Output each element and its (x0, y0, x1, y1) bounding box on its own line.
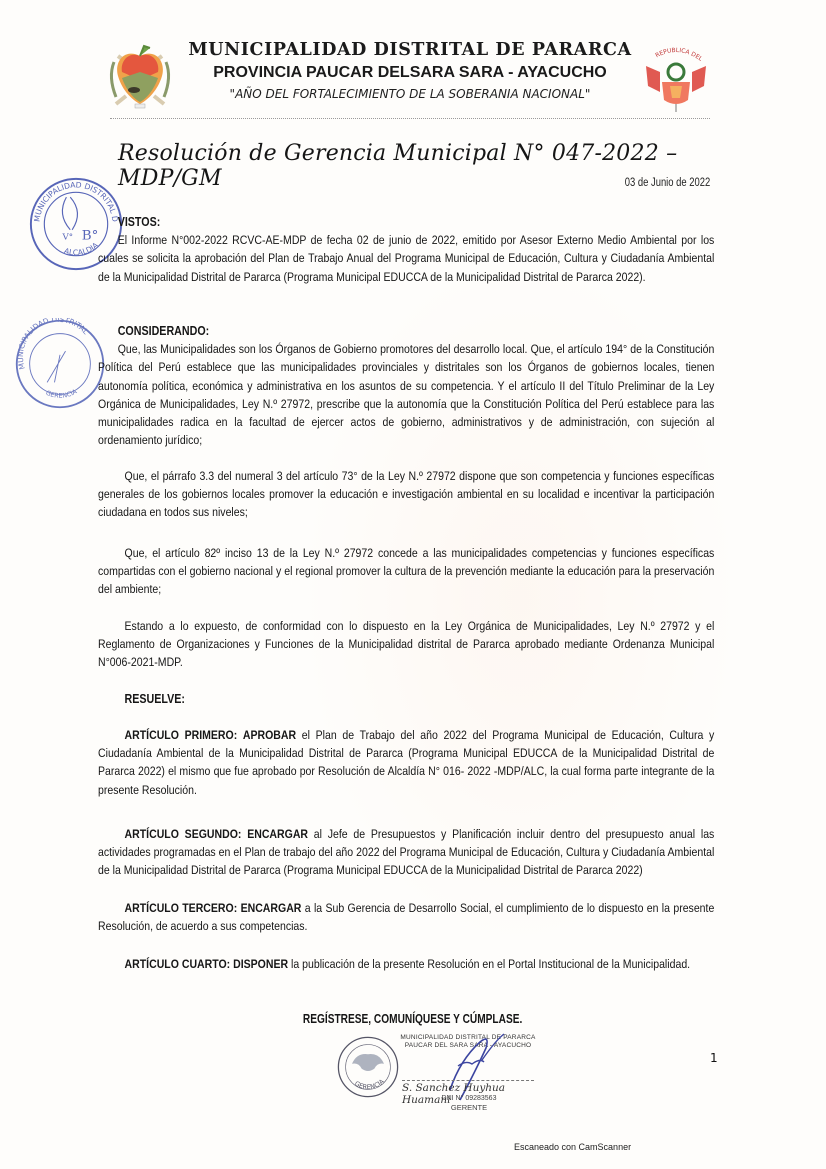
article-4: ARTÍCULO CUARTO: DISPONER la publicación… (98, 955, 714, 973)
article-3: ARTÍCULO TERCERO: ENCARGAR a la Sub Gere… (98, 899, 714, 935)
resolution-date: 03 de Junio de 2022 (625, 177, 710, 189)
article-4-text: la publicación de la presente Resolución… (288, 957, 690, 971)
vistos-text: El Informe N°002-2022 RCVC-AE-MDP de fec… (98, 231, 714, 286)
article-2-verb: ENCARGAR (247, 827, 308, 841)
municipal-shield-icon (104, 42, 176, 112)
gerencia-stamp-considerando: MUNICIPALIDAD DISTRITAL GERENCIA (14, 318, 106, 415)
article-4-label: ARTÍCULO CUARTO: (125, 957, 231, 971)
signatory-dni: DNI N° 09283563 (408, 1095, 530, 1102)
scanner-watermark: Escaneado con CamScanner (514, 1142, 631, 1152)
considerando-paragraph-2: Que, el párrafo 3.3 del numeral 3 del ar… (98, 467, 714, 522)
svg-text:GERENCIA: GERENCIA (45, 387, 79, 400)
article-3-label: ARTÍCULO TERCERO: (125, 901, 238, 915)
header-divider (110, 118, 710, 119)
considerando-paragraph-4-block: Estando a lo expuesto, de conformidad co… (98, 617, 714, 672)
signatory-role: GERENTE (408, 1103, 530, 1112)
svg-text:V°: V° (62, 232, 74, 242)
article-2-label: ARTÍCULO SEGUNDO: (125, 827, 242, 841)
province-line: PROVINCIA PAUCAR DELSARA SARA - AYACUCHO (180, 64, 640, 82)
svg-text:GERENCIA: GERENCIA (353, 1077, 386, 1091)
considerando-heading: CONSIDERANDO: (118, 322, 715, 340)
gerencia-seal-stamp: GERENCIA (336, 1035, 400, 1104)
svg-text:REPUBLICA DEL PERU: REPUBLICA DEL PERU (640, 42, 705, 64)
considerando-section: CONSIDERANDO: Que, las Municipalidades s… (98, 322, 714, 449)
article-2: ARTÍCULO SEGUNDO: ENCARGAR al Jefe de Pr… (98, 825, 714, 880)
considerando-paragraph-1: Que, las Municipalidades son los Órganos… (98, 340, 714, 449)
gerencia-seal-text: GERENCIA (353, 1077, 386, 1091)
article-1: ARTÍCULO PRIMERO: APROBAR el Plan de Tra… (98, 726, 714, 799)
vistos-section: VISTOS: El Informe N°002-2022 RCVC-AE-MD… (98, 213, 714, 286)
considerando-paragraph-4: Estando a lo expuesto, de conformidad co… (98, 617, 714, 672)
vb-text: B° (82, 228, 99, 243)
vistos-heading: VISTOS: (118, 213, 715, 231)
svg-text:MUNICIPALIDAD DISTRITAL: MUNICIPALIDAD DISTRITAL (16, 318, 91, 370)
article-1-label: ARTÍCULO PRIMERO: (125, 728, 238, 742)
peru-coat-of-arms-icon: REPUBLICA DEL PERU (640, 42, 712, 114)
article-4-verb: DISPONER (233, 957, 288, 971)
closing-formula: REGÍSTRESE, COMUNÍQUESE Y CÚMPLASE. (303, 1010, 522, 1028)
article-3-verb: ENCARGAR (241, 901, 302, 915)
closing-line-wrap: REGÍSTRESE, COMUNÍQUESE Y CÚMPLASE. (0, 1010, 826, 1028)
page-number: 1 (710, 1051, 718, 1065)
republica-text: REPUBLICA DEL PERU (640, 42, 705, 64)
considerando-paragraph-3-block: Que, el artículo 82º inciso 13 de la Ley… (98, 544, 714, 599)
municipality-name: MUNICIPALIDAD DISTRITAL DE PARARCA (180, 40, 640, 60)
article-1-verb: APROBAR (243, 728, 296, 742)
resuelve-heading: RESUELVE: (125, 690, 715, 708)
considerando-paragraph-3: Que, el artículo 82º inciso 13 de la Ley… (98, 544, 714, 599)
considerando-paragraph-2-block: Que, el párrafo 3.3 del numeral 3 del ar… (98, 467, 714, 522)
resuelve-heading-block: RESUELVE: (98, 690, 714, 708)
year-motto: "AÑO DEL FORTALECIMIENTO DE LA SOBERANIA… (180, 87, 640, 101)
